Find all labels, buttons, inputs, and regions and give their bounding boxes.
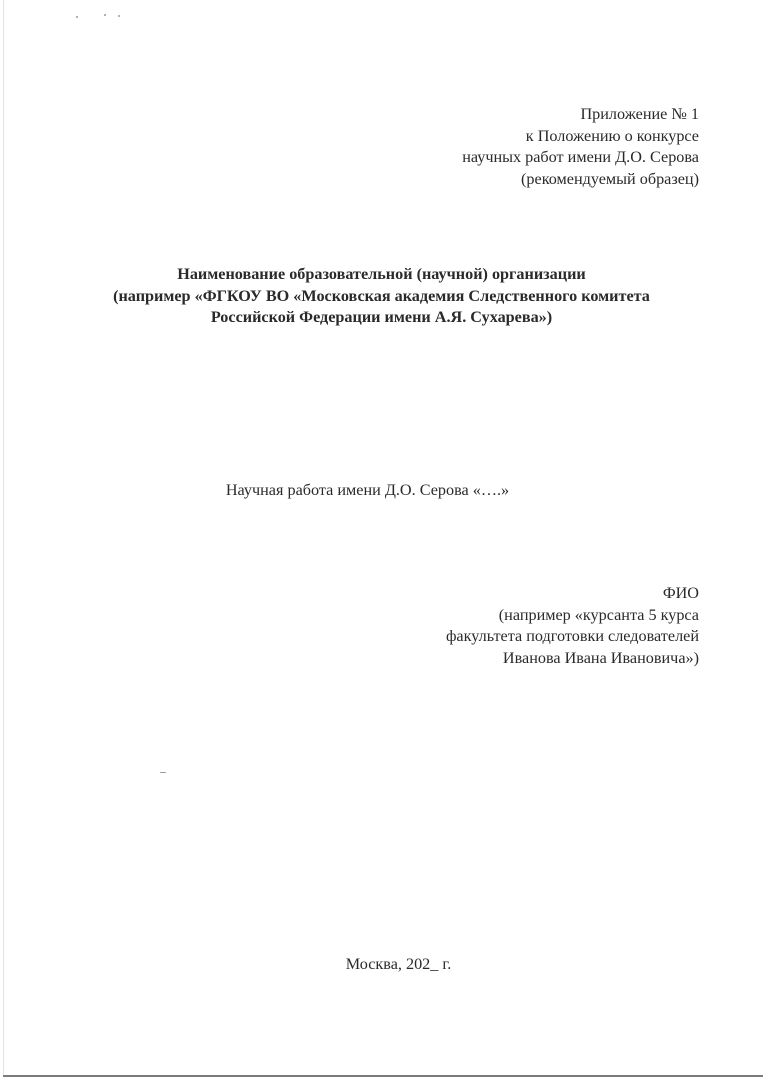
author-block: ФИО (например «курсанта 5 курса факульте…	[446, 583, 699, 669]
scan-speck	[104, 14, 106, 16]
appendix-line: научных работ имени Д.О. Серова	[462, 147, 699, 169]
page-left-edge	[3, 0, 4, 1076]
organization-line: (например «ФГКОУ ВО «Московская академия…	[0, 286, 763, 308]
appendix-header: Приложение № 1 к Положению о конкурсе на…	[462, 104, 699, 190]
author-line: Иванова Ивана Ивановича»)	[446, 648, 699, 670]
scan-speck	[118, 15, 120, 17]
appendix-line: к Положению о конкурсе	[462, 126, 699, 148]
appendix-line: Приложение № 1	[462, 104, 699, 126]
place-year: Москва, 202_ г.	[0, 954, 763, 976]
page-bottom-edge	[3, 1075, 763, 1077]
organization-line: Наименование образовательной (научной) о…	[0, 264, 763, 286]
organization-heading: Наименование образовательной (научной) о…	[0, 264, 763, 329]
appendix-line: (рекомендуемый образец)	[462, 169, 699, 191]
work-title: Научная работа имени Д.О. Серова «….»	[0, 480, 763, 502]
scan-speck	[76, 16, 78, 18]
author-line: (например «курсанта 5 курса	[446, 605, 699, 627]
author-line: ФИО	[446, 583, 699, 605]
scan-speck	[160, 772, 166, 773]
author-line: факультета подготовки следователей	[446, 626, 699, 648]
organization-line: Российской Федерации имени А.Я. Сухарева…	[0, 307, 763, 329]
